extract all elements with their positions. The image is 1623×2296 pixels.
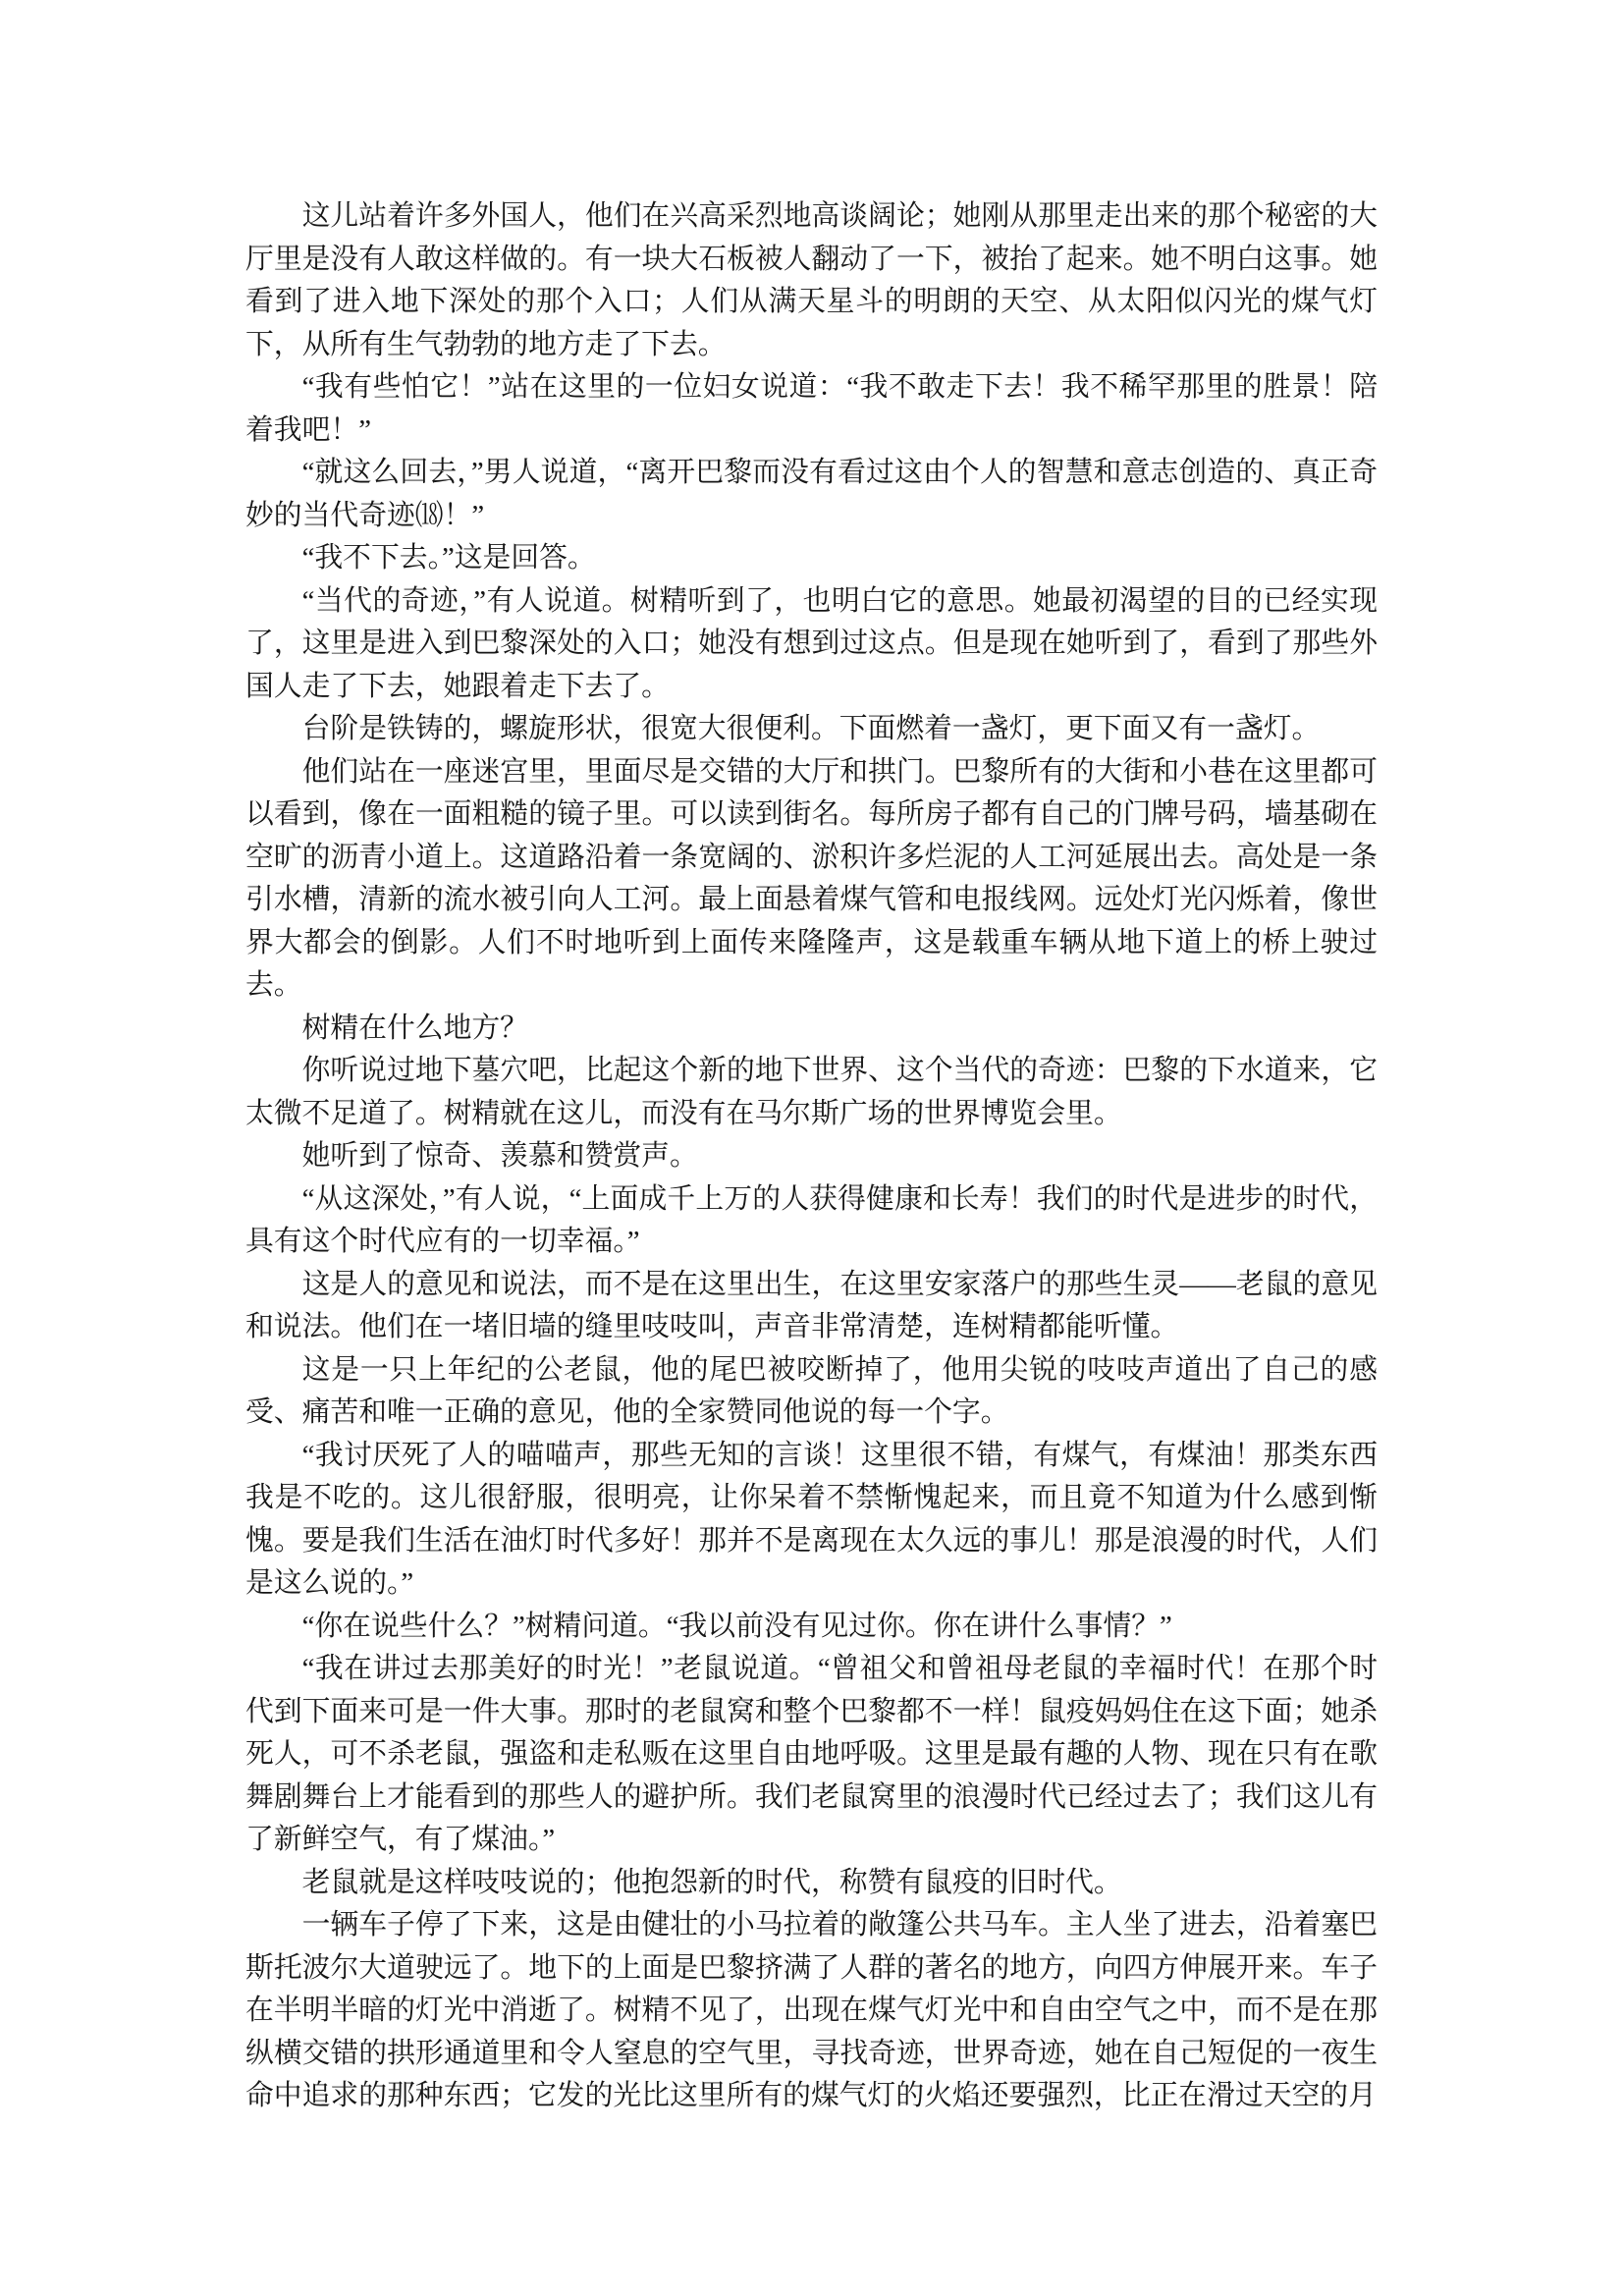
- paragraph: “就这么回去，”男人说道，“离开巴黎而没有看过这由个人的智慧和意志创造的、真正奇…: [245, 452, 1378, 537]
- paragraph: “我有些怕它！”站在这里的一位妇女说道：“我不敢走下去！我不稀罕那里的胜景！陪着…: [245, 366, 1378, 452]
- paragraph: 你听说过地下墓穴吧，比起这个新的地下世界、这个当代的奇迹：巴黎的下水道来，它太微…: [245, 1050, 1378, 1135]
- paragraph: 这是人的意见和说法，而不是在这里出生，在这里安家落户的那些生灵——老鼠的意见和说…: [245, 1264, 1378, 1349]
- paragraph: 这儿站着许多外国人，他们在兴高采烈地高谈阔论；她刚从那里走出来的那个秘密的大厅里…: [245, 195, 1378, 366]
- paragraph: 台阶是铁铸的，螺旋形状，很宽大很便利。下面燃着一盏灯，更下面又有一盏灯。: [245, 708, 1378, 751]
- story-text-block: 这儿站着许多外国人，他们在兴高采烈地高谈阔论；她刚从那里走出来的那个秘密的大厅里…: [245, 195, 1378, 2118]
- paragraph: 他们站在一座迷宫里，里面尽是交错的大厅和拱门。巴黎所有的大街和小巷在这里都可以看…: [245, 751, 1378, 1008]
- paragraph: “我讨厌死了人的喵喵声，那些无知的言谈！这里很不错，有煤气，有煤油！那类东西我是…: [245, 1435, 1378, 1606]
- paragraph: 这是一只上年纪的公老鼠，他的尾巴被咬断掉了，他用尖锐的吱吱声道出了自己的感受、痛…: [245, 1349, 1378, 1435]
- paragraph: 树精在什么地方？: [245, 1008, 1378, 1051]
- paragraph: 一辆车子停了下来，这是由健壮的小马拉着的敞篷公共马车。主人坐了进去，沿着塞巴斯托…: [245, 1904, 1378, 2118]
- paragraph: “我在讲过去那美好的时光！”老鼠说道。“曾祖父和曾祖母老鼠的幸福时代！在那个时代…: [245, 1648, 1378, 1862]
- paragraph: “你在说些什么？”树精问道。“我以前没有见过你。你在讲什么事情？”: [245, 1606, 1378, 1649]
- paragraph: “当代的奇迹，”有人说道。树精听到了，也明白它的意思。她最初渴望的目的已经实现了…: [245, 580, 1378, 709]
- paragraph: 她听到了惊奇、羡慕和赞赏声。: [245, 1135, 1378, 1178]
- paragraph: “我不下去。”这是回答。: [245, 537, 1378, 580]
- paragraph: 老鼠就是这样吱吱说的；他抱怨新的时代，称赞有鼠疫的旧时代。: [245, 1862, 1378, 1905]
- paragraph: “从这深处，”有人说，“上面成千上万的人获得健康和长寿！我们的时代是进步的时代，…: [245, 1178, 1378, 1264]
- document-page: 这儿站着许多外国人，他们在兴高采烈地高谈阔论；她刚从那里走出来的那个秘密的大厅里…: [0, 0, 1623, 2296]
